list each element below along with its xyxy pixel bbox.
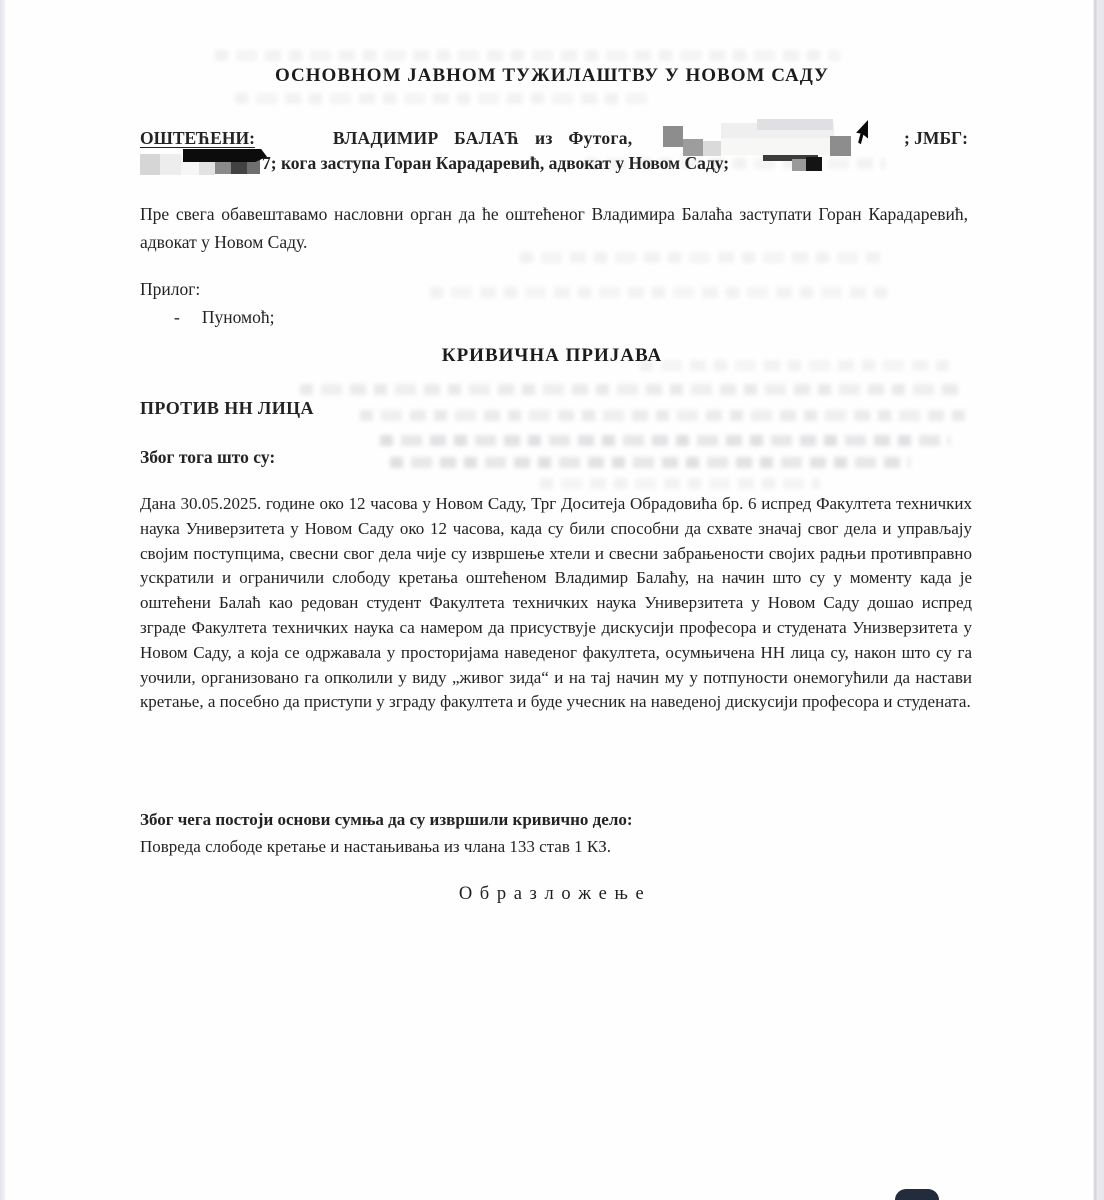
because-line: Због тога што су:	[140, 447, 968, 468]
bleedthrough-artifact	[235, 93, 655, 104]
injured-party-line: ОШТЕЋЕНИ: ВЛАДИМИР БАЛАЋ из Футога, ; ЈМ…	[140, 126, 968, 151]
scrollbar-track[interactable]	[1093, 0, 1104, 1200]
attachment-label: Прилог:	[140, 279, 968, 300]
attachment-item-text: Пуномоћ;	[202, 307, 275, 327]
injured-party-name: ВЛАДИМИР БАЛАЋ из Футога,	[333, 126, 633, 151]
injured-party-representation-line: 7; кога заступа Горан Карадаревић, адвок…	[140, 151, 968, 176]
offense-line: Повреда слободе кретање и настањивања из…	[140, 837, 968, 857]
body-paragraph: Дана 30.05.2025. године око 12 часова у …	[140, 492, 972, 715]
floating-action-button-partial[interactable]	[895, 1189, 939, 1200]
representation-text: 7; кога заступа Горан Карадаревић, адвок…	[262, 153, 729, 173]
document-page: ОСНОВНОМ ЈАВНОМ ТУЖИЛАШТВУ У НОВОМ САДУ …	[0, 0, 1104, 1200]
attachment-item: -Пуномоћ;	[140, 307, 968, 328]
against-line: ПРОТИВ НН ЛИЦА	[140, 398, 968, 419]
suspicion-heading: Због чега постоји основи сумња да су изв…	[140, 810, 968, 830]
explanation-heading: О б р а з л о ж е њ е	[0, 884, 1104, 905]
intro-paragraph: Пре свега обавештавамо насловни орган да…	[140, 200, 968, 256]
list-bullet: -	[174, 307, 180, 328]
recipient-title: ОСНОВНОМ ЈАВНОМ ТУЖИЛАШТВУ У НОВОМ САДУ	[0, 65, 1104, 87]
bleedthrough-artifact	[380, 435, 950, 446]
page-left-edge	[0, 0, 6, 1200]
bleedthrough-artifact	[540, 478, 820, 489]
main-heading: КРИВИЧНА ПРИЈАВА	[0, 345, 1104, 367]
injured-party-label: ОШТЕЋЕНИ:	[140, 126, 255, 151]
bleedthrough-artifact	[300, 384, 960, 395]
jmbg-label: ; ЈМБГ:	[904, 126, 968, 151]
bleedthrough-artifact	[215, 50, 840, 61]
